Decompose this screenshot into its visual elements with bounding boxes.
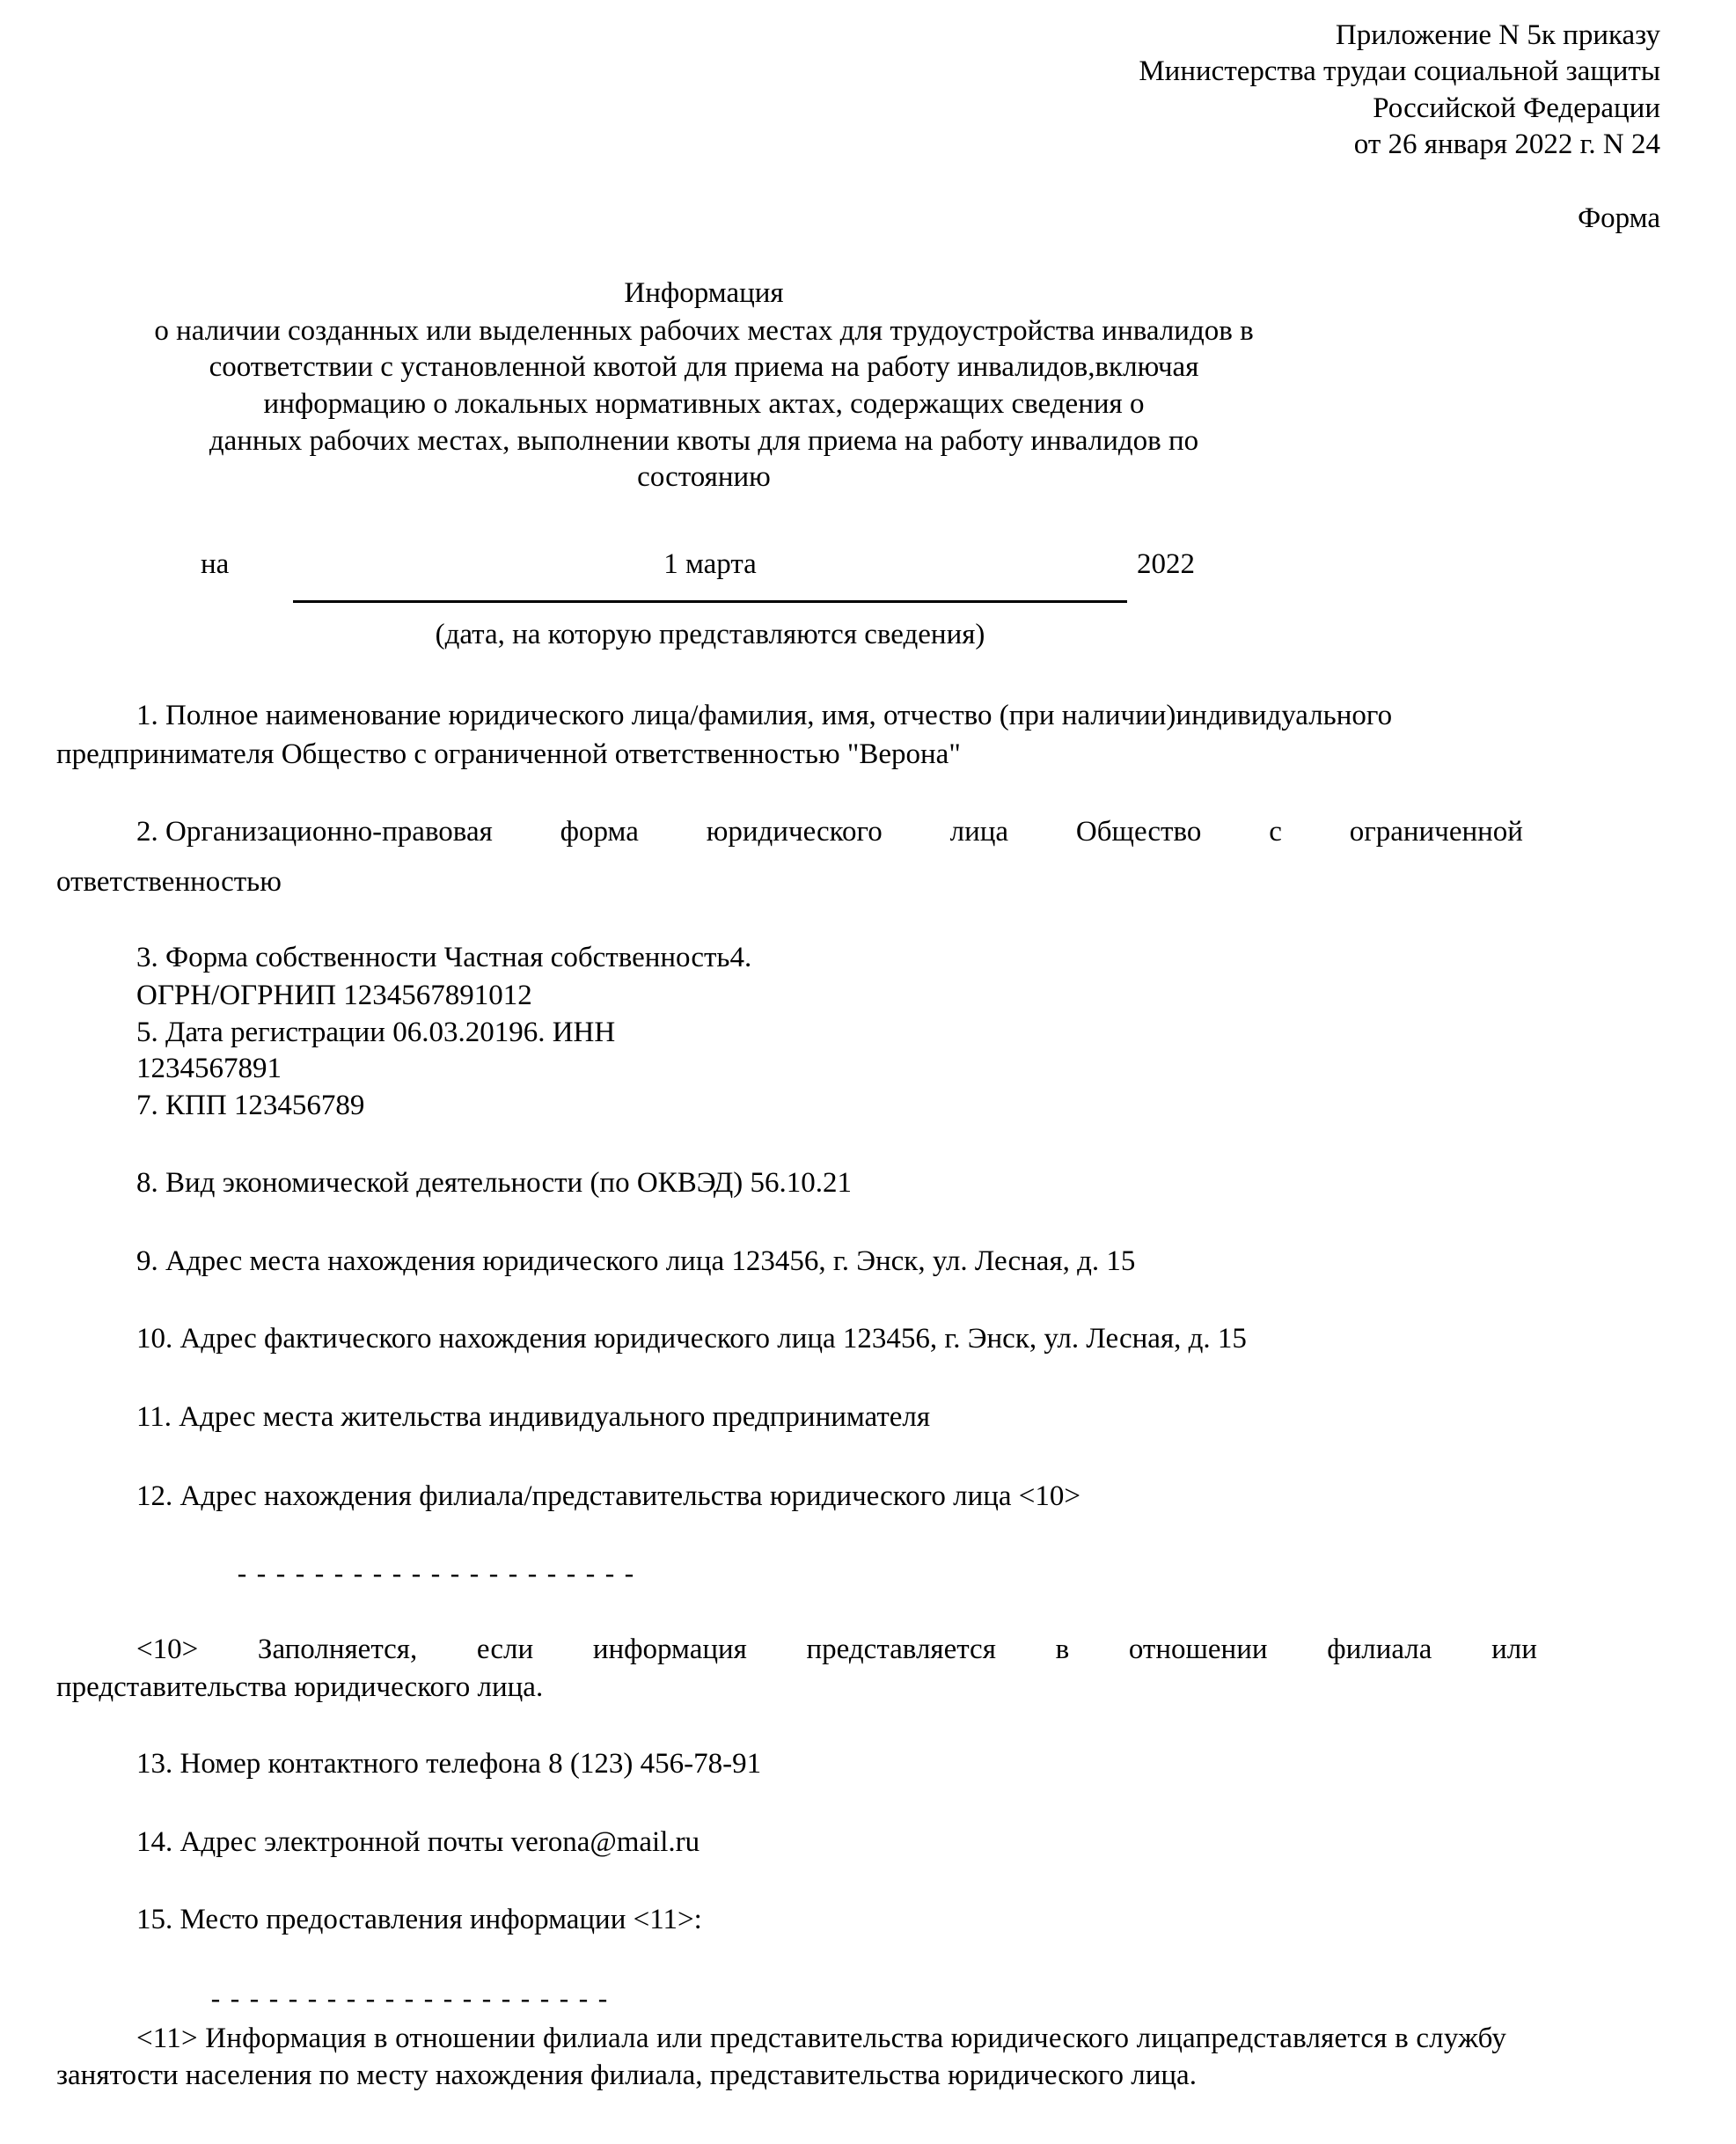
separator-2: ---------------------	[208, 1988, 614, 2015]
item-9: 9. Адрес места нахождения юридического л…	[136, 1247, 1135, 1276]
item-2-word: с	[1269, 818, 1282, 847]
item-10: 10. Адрес фактического нахождения юридич…	[136, 1325, 1247, 1354]
title-line-5: состоянию	[0, 463, 1408, 492]
footnote-word: Заполняется,	[258, 1635, 417, 1664]
title-line-3: информацию о локальных нормативных актах…	[0, 390, 1408, 419]
date-value: 1 марта	[293, 550, 1127, 579]
footnote-word: отношении	[1129, 1635, 1268, 1664]
item-7-line: 7. КПП 123456789	[136, 1091, 364, 1120]
footnote-word: информация	[593, 1635, 747, 1664]
item-5-line: 5. Дата регистрации 06.03.20196. ИНН	[136, 1018, 615, 1047]
item-2-word: ограниченной	[1350, 818, 1523, 847]
item-6-line: 1234567891	[136, 1054, 282, 1083]
item-4-line: ОГРН/ОГРНИП 1234567891012	[136, 981, 532, 1010]
title-line-4: данных рабочих местах, выполнении квоты …	[0, 427, 1408, 456]
appendix-line-3: Российской Федерации	[1373, 94, 1660, 123]
title-line-2: соответствии с установленной квотой для …	[0, 353, 1408, 382]
date-underline	[293, 600, 1127, 603]
title-line-1: о наличии созданных или выделенных рабоч…	[0, 317, 1408, 346]
item-11: 11. Адрес места жительства индивидуально…	[136, 1403, 930, 1432]
document-title: Информация	[0, 279, 1408, 308]
footnote-word: если	[477, 1635, 533, 1664]
date-year: 2022	[1137, 550, 1195, 579]
item-2-word: 2. Организационно-правовая	[136, 818, 493, 847]
footnote-10-line-2: представительства юридического лица.	[56, 1673, 543, 1702]
item-2-word: юридического	[707, 818, 883, 847]
footnote-word: представляется	[807, 1635, 996, 1664]
footnote-word: или	[1491, 1635, 1537, 1664]
appendix-line-1: Приложение N 5к приказу	[1336, 21, 1660, 50]
item-1-line-2: предпринимателя Общество с ограниченной …	[56, 740, 961, 769]
item-15: 15. Место предоставления информации <11>…	[136, 1905, 702, 1935]
footnote-word: <10>	[136, 1635, 198, 1664]
footnote-11-text: <11> Информация в отношении филиала или …	[136, 2024, 1506, 2053]
appendix-line-4: от 26 января 2022 г. N 24	[1354, 130, 1660, 159]
item-12: 12. Адрес нахождения филиала/представите…	[136, 1482, 1080, 1511]
footnote-11-line-1: <11> Информация в отношении филиала или …	[136, 2024, 1660, 2053]
item-1-line-1: 1. Полное наименование юридического лица…	[136, 701, 1392, 731]
item-3-line: 3. Форма собственности Частная собственн…	[136, 944, 751, 973]
item-2-line-1: 2. Организационно-правовая форма юридиче…	[136, 818, 1523, 847]
appendix-line-2: Министерства трудаи социальной защиты	[1139, 57, 1660, 86]
footnote-11-line-2: занятости населения по месту нахождения …	[56, 2061, 1197, 2090]
date-prefix: на	[201, 550, 229, 579]
item-8: 8. Вид экономической деятельности (по ОК…	[136, 1169, 852, 1198]
form-label: Форма	[1578, 204, 1660, 233]
separator-1: ---------------------	[234, 1563, 641, 1590]
item-13: 13. Номер контактного телефона 8 (123) 4…	[136, 1750, 761, 1779]
item-2-word: Общество	[1076, 818, 1201, 847]
item-2-line-2: ответственностью	[56, 868, 282, 897]
item-2-word: лица	[950, 818, 1008, 847]
footnote-word: в	[1056, 1635, 1070, 1664]
footnote-10-line-1: <10> Заполняется, если информация предст…	[136, 1635, 1537, 1664]
item-14: 14. Адрес электронной почты verona@mail.…	[136, 1828, 700, 1857]
date-caption: (дата, на которую представляются сведени…	[293, 620, 1127, 650]
item-2-word: форма	[560, 818, 639, 847]
footnote-word: филиала	[1327, 1635, 1432, 1664]
